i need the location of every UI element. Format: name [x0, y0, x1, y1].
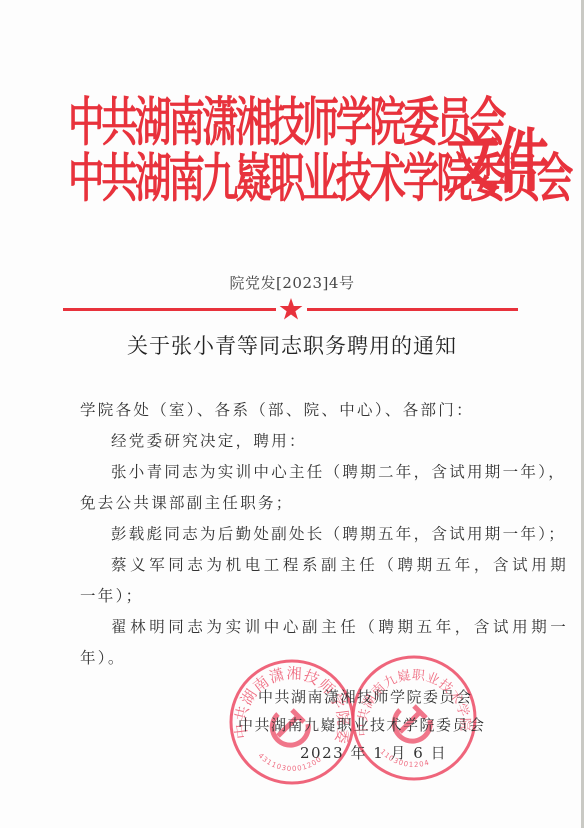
header-suffix: 文件	[446, 126, 546, 196]
red-divider-left	[63, 308, 276, 311]
appointment-1-line-1: 张小青同志为实训中心主任（聘期二年，含试用期一年），	[111, 460, 566, 482]
appointment-4-line-1: 翟林明同志为实训中心副主任（聘期五年，含试用期一	[111, 615, 569, 637]
intro-paragraph: 经党委研究决定，聘用：	[111, 429, 307, 451]
star-icon	[279, 297, 303, 321]
red-divider-right	[307, 308, 518, 311]
header-org-line-1: 中共湖南潇湘技师学院委员会	[68, 96, 503, 149]
signature-org-2: 中共湖南九嶷职业技术学院委员会	[238, 714, 486, 735]
notice-title: 关于张小青等同志职务聘用的通知	[0, 330, 584, 360]
appointment-3-line-2: 一年）；	[80, 584, 143, 606]
appointment-2-line-1: 彭载彪同志为后勤处副处长（聘期五年，含试用期一年）；	[111, 522, 566, 544]
signature-date: 2023 年 1 月 6 日	[300, 742, 447, 763]
document-number: 院党发[2023]4号	[0, 272, 584, 293]
appointment-3-line-1: 蔡义军同志为机电工程系副主任（聘期五年，含试用期	[111, 553, 569, 575]
document-header: 中共湖南潇湘技师学院委员会 中共湖南九嶷职业技术学院委员会 文件	[68, 96, 528, 246]
signature-org-1: 中共湖南潇湘技师学院委员会	[258, 686, 473, 707]
addressee: 学院各处（室）、各系（部、院、中心）、各部门：	[80, 398, 474, 420]
appointment-1-line-2: 免去公共课部副主任职务；	[80, 491, 294, 513]
appointment-4-line-2: 年）。	[80, 646, 126, 668]
